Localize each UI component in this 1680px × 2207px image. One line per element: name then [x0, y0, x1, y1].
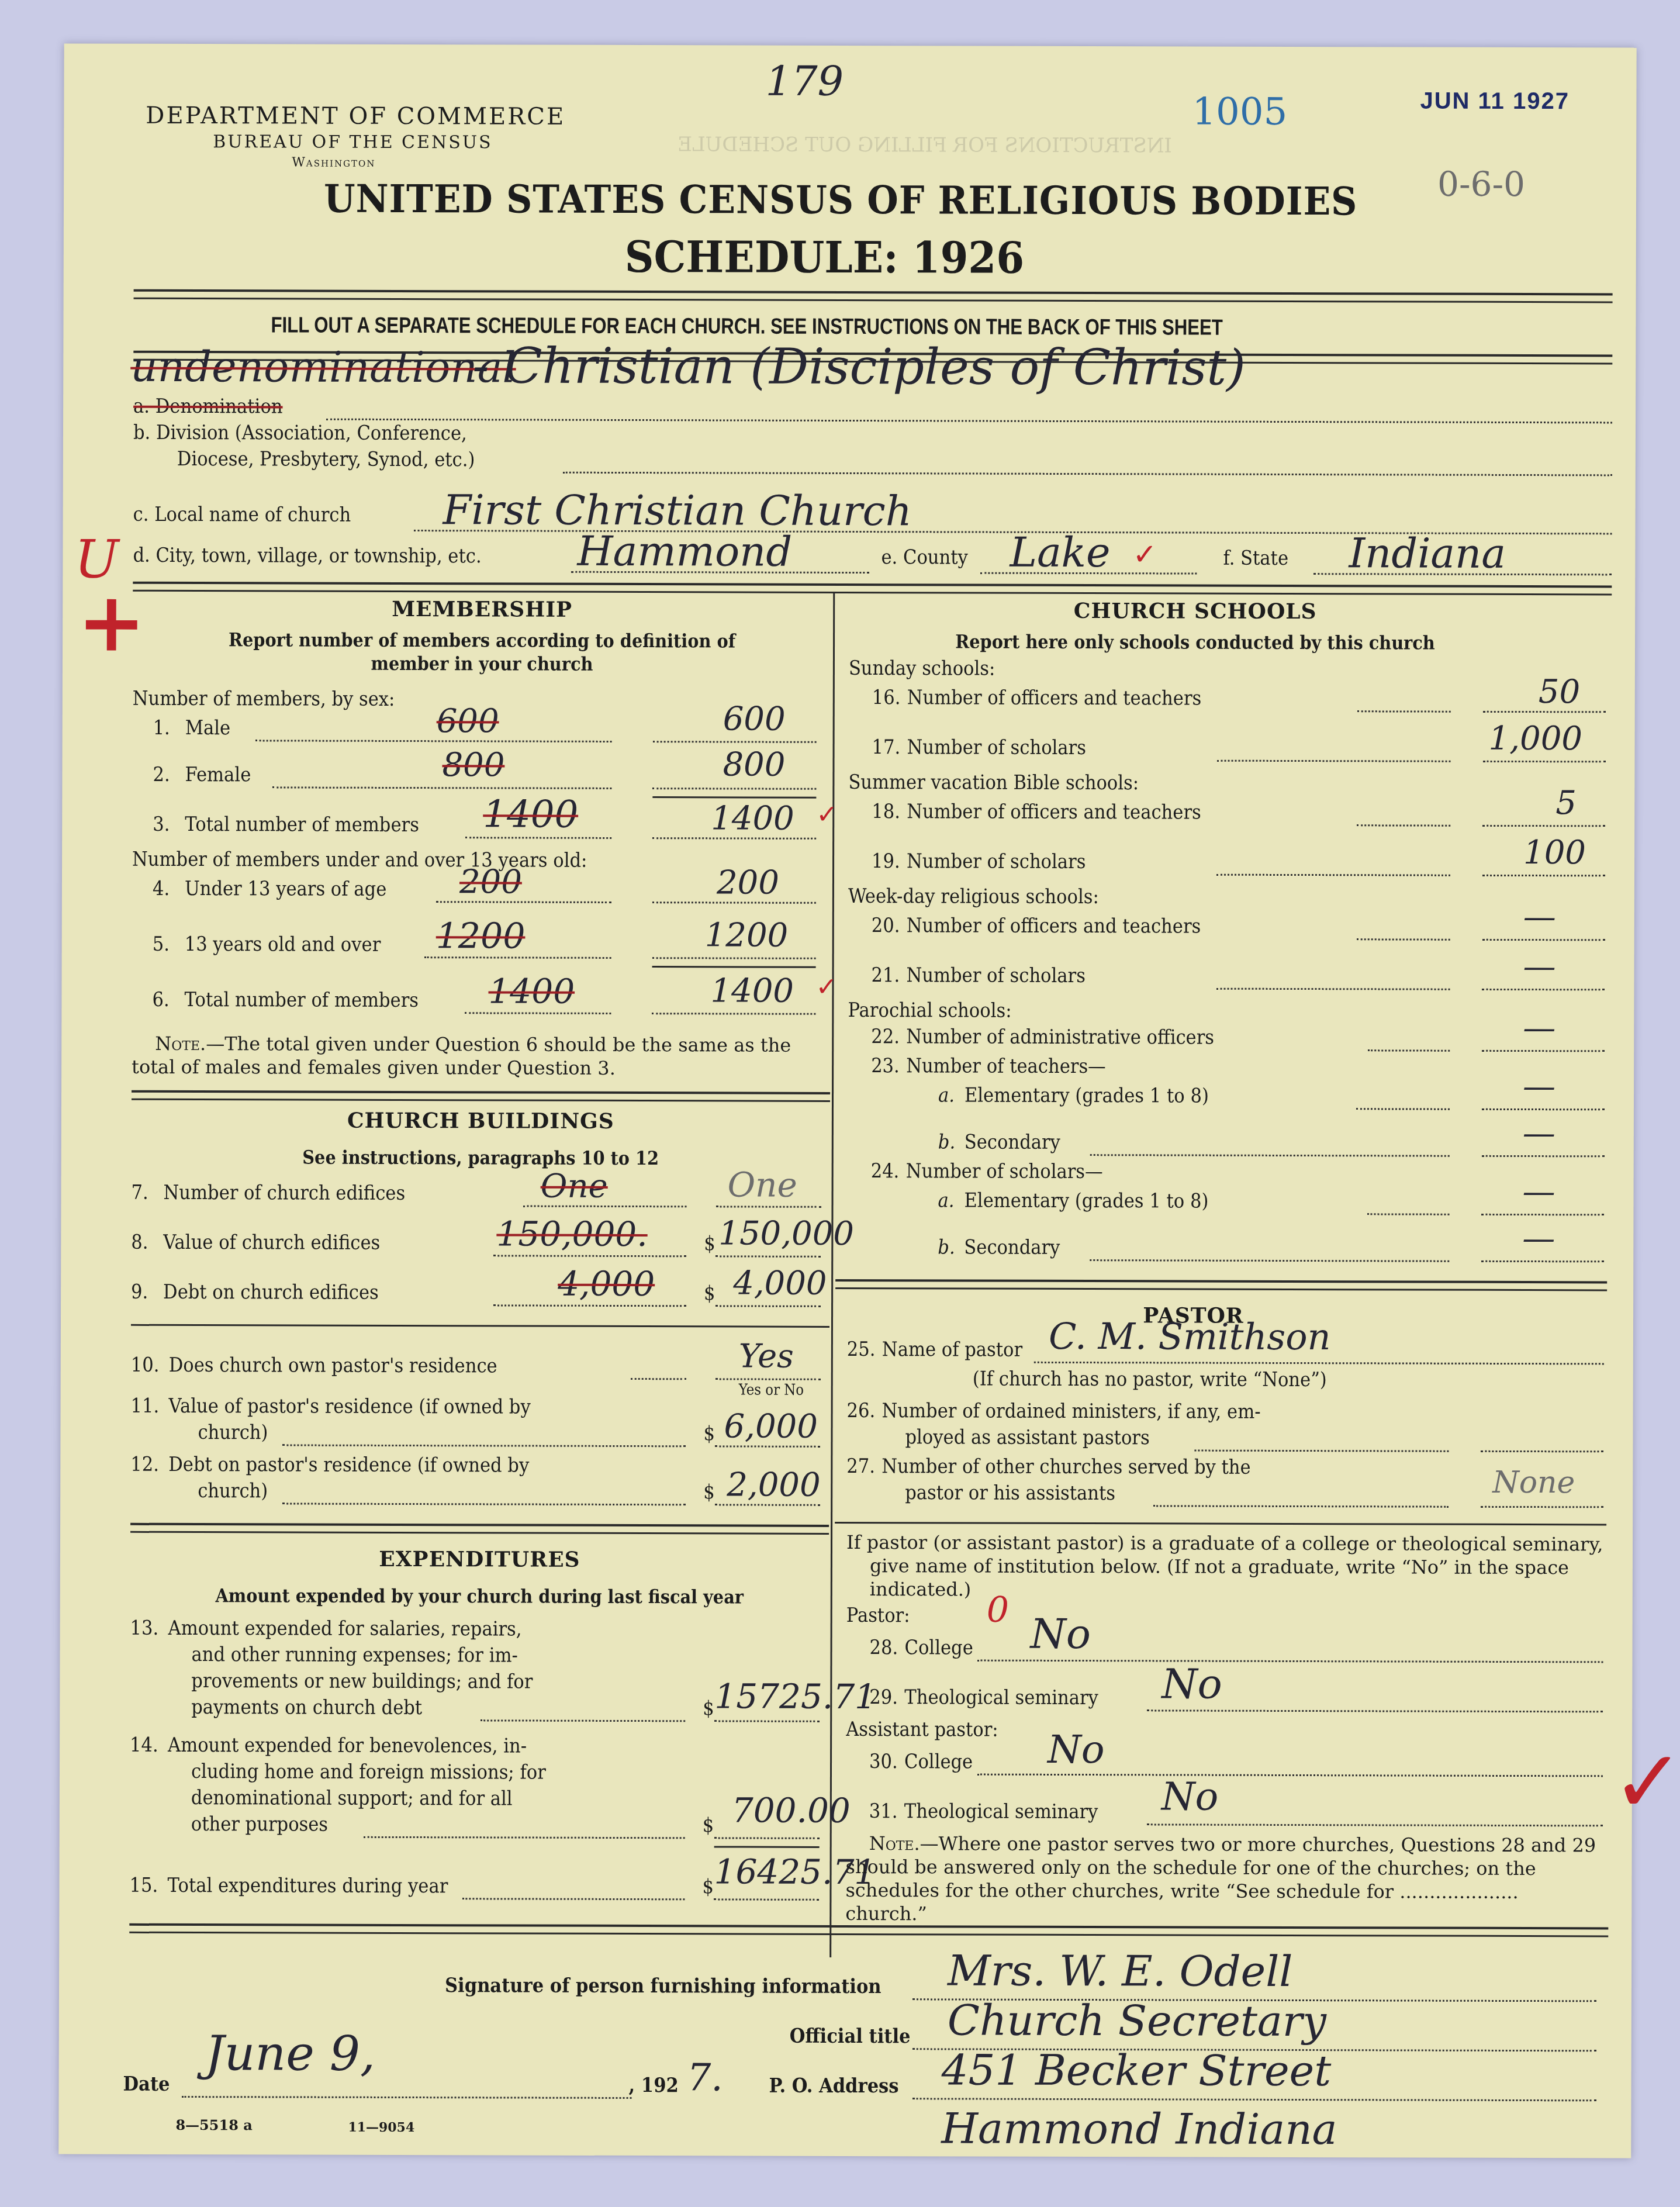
female-value[interactable]: 800: [723, 745, 785, 783]
state-value[interactable]: Indiana: [1349, 529, 1506, 578]
weekday-teachers-value[interactable]: —: [1523, 898, 1556, 936]
value-line: [1482, 939, 1605, 941]
under-13-value[interactable]: 200: [717, 864, 779, 902]
row-leader: [1194, 1450, 1449, 1452]
pastor-red-mark: 0: [987, 1590, 1009, 1631]
signature-label: Signature of person furnishing informati…: [445, 1974, 882, 1998]
total-members-label: Total number of members: [185, 813, 419, 837]
row-leader: [481, 1719, 685, 1722]
row-number: 22.: [871, 1025, 900, 1048]
edifice-debt-label: Debt on church edifices: [163, 1280, 379, 1304]
form-number: 8—5518 a: [175, 2116, 252, 2133]
q13-line-2: and other running expenses; for im-: [191, 1643, 517, 1667]
margin-mark-cross: +: [77, 582, 146, 664]
graduate-instructions: If pastor (or assistant pastor) is a gra…: [846, 1531, 1624, 1602]
expenditures-title: EXPENDITURES: [130, 1546, 829, 1573]
row-leader: [1090, 1154, 1450, 1157]
value-line: [714, 1837, 820, 1839]
assistant-seminary-value[interactable]: No: [1162, 1774, 1219, 1819]
stamp-number: 1005: [1192, 91, 1287, 134]
row-leader: [1357, 710, 1451, 712]
pastor-seminary-label: Theological seminary: [904, 1686, 1098, 1709]
check-mark: ✓: [815, 972, 837, 1002]
county-value[interactable]: Lake: [1010, 529, 1110, 576]
residence-row-debt: 12. Debt on pastor's residence (if owned…: [64, 43, 1637, 47]
value-line: [1482, 1155, 1605, 1158]
membership-rule: [132, 1090, 830, 1102]
row-number: 15.: [129, 1874, 158, 1897]
value-line: [715, 1378, 821, 1380]
assistant-college-line: [977, 1774, 1603, 1777]
q24-number: 24.: [871, 1159, 900, 1183]
schools-row-23a: a. Elementary (grades 1 to 8) —: [64, 43, 1637, 47]
edifice-debt-struck: 4,000: [558, 1264, 655, 1304]
value-line: [714, 1720, 820, 1722]
scholars-secondary-value[interactable]: —: [1522, 1220, 1555, 1258]
row-leader: [1356, 1108, 1450, 1110]
row-leader: [1216, 874, 1450, 876]
large-check-mark: ✓: [1612, 1731, 1680, 1833]
date-label: Date: [123, 2073, 170, 2096]
sunday-scholars-label: Number of scholars: [907, 735, 1086, 759]
note-text: —The total given under Question 6 should…: [132, 1032, 791, 1079]
pastor-college-value[interactable]: No: [1031, 1610, 1091, 1658]
pastor-name-value[interactable]: C. M. Smithson: [1049, 1315, 1331, 1358]
value-line: [652, 788, 816, 790]
row-leader: [1357, 824, 1450, 826]
edifice-debt-value[interactable]: 4,000: [733, 1264, 827, 1302]
pastor-note: Note.—Where one pastor serves two or mor…: [845, 1832, 1599, 1927]
residence-debt-label-2: church): [198, 1479, 268, 1503]
value-line: [1481, 1214, 1604, 1216]
residence-value-label-2: church): [198, 1421, 268, 1444]
schools-rule: [835, 1279, 1607, 1291]
residence-debt-value[interactable]: 2,000: [727, 1466, 820, 1504]
dollar-sign: $: [703, 1697, 714, 1720]
weekday-teachers-label: Number of officers and teachers: [907, 914, 1201, 938]
13-and-over-label: 13 years old and over: [185, 932, 381, 956]
dollar-sign: $: [703, 1480, 715, 1504]
q23-label: Number of teachers—: [906, 1054, 1106, 1078]
total-members-2-value[interactable]: 1400: [710, 972, 794, 1010]
membership-subtitle-1: Report number of members according to de…: [168, 628, 797, 652]
teachers-secondary-label: Secondary: [965, 1131, 1060, 1154]
city-label: d. City, town, village, or township, etc…: [133, 544, 481, 568]
pastor-name-hint: (If church has no pastor, write “None”): [973, 1367, 1327, 1392]
pastor-name-label: Name of pastor: [882, 1338, 1022, 1362]
residence-value-value[interactable]: 6,000: [724, 1407, 817, 1445]
row-number: 17.: [872, 735, 901, 759]
schools-row-23b: b. Secondary —: [64, 43, 1637, 47]
row-letter: b.: [938, 1235, 955, 1259]
edifices-struck-value: One: [541, 1168, 608, 1206]
male-struck-value: 600: [437, 702, 499, 740]
po-address-line2[interactable]: Hammond Indiana: [941, 2104, 1337, 2154]
membership-row-under-13: 4. Under 13 years of age 200 200: [64, 43, 1637, 47]
schools-row-22: 22. Number of administrative officers —: [64, 43, 1637, 47]
po-address-line: [912, 2098, 1596, 2101]
pastor-row-26: 26. Number of ordained ministers, if any…: [64, 43, 1637, 47]
membership-note: Note.—The total given under Question 6 s…: [132, 1032, 827, 1080]
total-members-value[interactable]: 1400: [711, 799, 794, 837]
assistant-seminary-line: [1147, 1823, 1603, 1826]
row-leader: [282, 1444, 686, 1447]
check-mark: ✓: [816, 800, 838, 830]
fill-out-instruction: FILL OUT A SEPARATE SCHEDULE FOR EACH CH…: [271, 313, 1223, 340]
sunday-scholars-value[interactable]: 1,000: [1489, 720, 1582, 758]
schools-row-21: 21. Number of scholars —: [64, 43, 1637, 47]
denomination-label: a. Denomination: [133, 395, 283, 419]
date-stamp: JUN 11 1927: [1420, 88, 1570, 115]
pastor-row-27: 27. Number of other churches served by t…: [64, 43, 1637, 47]
print-number: 11—9054: [348, 2120, 414, 2135]
row-leader: [255, 740, 612, 742]
buildings-row-edifices: 7. Number of church edifices One One: [64, 43, 1637, 47]
note-lead: Note.: [869, 1832, 920, 1854]
q14-value[interactable]: 700.00: [732, 1790, 851, 1830]
row-number: 7.: [132, 1181, 148, 1204]
row-number: 30.: [869, 1750, 898, 1773]
row-leader: [272, 786, 611, 789]
expenditure-q15: 15. Total expenditures during year $ 164…: [64, 43, 1637, 47]
division-label-line1: b. Division (Association, Conference,: [133, 421, 467, 445]
date-value[interactable]: June 9,: [205, 2026, 376, 2082]
total-members-struck-value: 1400: [483, 793, 578, 836]
city-value[interactable]: Hammond: [577, 527, 792, 576]
row-leader: [436, 901, 611, 903]
value-line: [653, 741, 817, 743]
13-and-over-struck-value: 1200: [436, 916, 526, 956]
expenditures-subtitle: Amount expended by your church during la…: [165, 1584, 794, 1608]
sum-underline: [652, 966, 816, 968]
row-leader: [364, 1836, 685, 1839]
expenditure-q13: 13. Amount expended for salaries, repair…: [64, 43, 1637, 47]
residence-value-label: Value of pastor's residence (if owned by: [169, 1394, 531, 1419]
value-line: [1481, 1506, 1603, 1508]
signature-value[interactable]: Mrs. W. E. Odell: [948, 1946, 1292, 1996]
schools-row-18: 18. Number of officers and teachers 5: [64, 43, 1637, 47]
row-number: 25.: [847, 1338, 876, 1361]
row-leader: [493, 1304, 686, 1307]
row-number: 20.: [872, 914, 900, 937]
pastor-row-28: 28. College No: [64, 43, 1637, 47]
summer-schools-heading: Summer vacation Bible schools:: [848, 771, 1139, 795]
other-churches-value[interactable]: None: [1492, 1465, 1575, 1500]
value-line: [1482, 1050, 1605, 1052]
department-name: DEPARTMENT OF COMMERCE: [146, 102, 565, 130]
summer-teachers-value[interactable]: 5: [1555, 784, 1577, 822]
scholars-elementary-value[interactable]: —: [1523, 1173, 1555, 1211]
row-leader: [1368, 1049, 1450, 1051]
residence-row-owned: 10. Does church own pastor's residence Y…: [64, 43, 1637, 47]
value-line[interactable]: [1481, 1450, 1603, 1453]
q13-line-3: provements or new buildings; and for: [191, 1669, 533, 1694]
edifice-value-label: Value of church edifices: [163, 1231, 380, 1255]
row-number: 14.: [130, 1733, 158, 1757]
row-leader: [282, 1503, 686, 1505]
edifices-value[interactable]: One: [728, 1165, 797, 1204]
row-number: 31.: [869, 1800, 898, 1823]
membership-row-male: 1. Male 600 600: [64, 43, 1637, 47]
value-line: [652, 1013, 815, 1015]
buildings-rule: [130, 1523, 829, 1535]
assistant-ministers-label: Number of ordained ministers, if any, em…: [882, 1399, 1261, 1424]
row-leader: [465, 837, 611, 839]
q14-line-1: Amount expended for benevolences, in-: [168, 1733, 527, 1758]
row-leader: [424, 956, 611, 959]
row-number: 27.: [846, 1455, 875, 1478]
row-number: 6.: [152, 988, 169, 1011]
assistant-pastor-heading: Assistant pastor:: [846, 1718, 998, 1742]
denomination-value[interactable]: - Christian (Disciples of Christ): [472, 337, 1246, 396]
value-line: [715, 1445, 820, 1447]
membership-title: MEMBERSHIP: [133, 596, 831, 623]
teachers-elementary-label: Elementary (grades 1 to 8): [965, 1084, 1209, 1108]
value-line: [1483, 761, 1606, 763]
row-number: 9.: [131, 1280, 148, 1304]
schools-row-24b: b. Secondary —: [64, 43, 1637, 47]
value-line: [1483, 711, 1606, 713]
male-label: Male: [185, 716, 231, 740]
row-leader: [1357, 938, 1450, 940]
county-check-mark: ✓: [1132, 537, 1157, 571]
row-number: 4.: [153, 877, 170, 900]
po-address-line1[interactable]: 451 Becker Street: [942, 2045, 1332, 2095]
sunday-teachers-value[interactable]: 50: [1539, 673, 1580, 711]
q14-line-3: denominational support; and for all: [191, 1786, 513, 1810]
admin-officers-label: Number of administrative officers: [906, 1025, 1214, 1049]
pastor-row-31: 31. Theological seminary No: [64, 43, 1637, 47]
official-title-value[interactable]: Church Secretary: [948, 1995, 1326, 2046]
pastor-row-29: 29. Theological seminary No: [64, 43, 1637, 47]
summer-teachers-label: Number of officers and teachers: [907, 800, 1201, 824]
value-line: [714, 1898, 819, 1900]
local-name-label: c. Local name of church: [133, 503, 351, 527]
bleed-through-text: INSTRUCTIONS FOR FILLING OUT SCHEDULE: [677, 133, 1172, 157]
row-leader: [631, 1378, 686, 1380]
year-suffix[interactable]: 7.: [687, 2056, 723, 2099]
residence-debt-label: Debt on pastor's residence (if owned by: [168, 1453, 529, 1477]
row-leader: [1153, 1505, 1449, 1507]
row-leader: [1367, 1213, 1449, 1215]
scholars-secondary-label: Secondary: [964, 1236, 1060, 1259]
assistant-ministers-label-2: ployed as assistant pastors: [905, 1425, 1149, 1449]
q13-value[interactable]: 15725.71: [714, 1676, 876, 1716]
owns-residence-value[interactable]: Yes: [739, 1338, 794, 1376]
female-struck-value: 800: [442, 746, 504, 784]
corner-code: 0-6-0: [1437, 164, 1525, 204]
parochial-schools-heading: Parochial schools:: [848, 999, 1011, 1023]
teachers-elementary-value[interactable]: —: [1523, 1068, 1555, 1106]
row-number: 10.: [131, 1353, 160, 1377]
teachers-secondary-value[interactable]: —: [1523, 1114, 1555, 1152]
q14-line-2: cluding home and foreign missions; for: [191, 1760, 546, 1784]
row-number: 18.: [872, 800, 900, 823]
row-number: 13.: [130, 1617, 159, 1640]
total-members-2-label: Total number of members: [184, 988, 419, 1012]
value-line: [1481, 1260, 1604, 1263]
schools-row-20: 20. Number of officers and teachers —: [64, 43, 1637, 47]
value-line: [1482, 989, 1605, 991]
q13-line-1: Amount expended for salaries, repairs,: [168, 1617, 522, 1641]
edifices-label: Number of church edifices: [164, 1181, 406, 1205]
row-letter: a.: [938, 1189, 955, 1212]
membership-row-total-2: 6. Total number of members 1400 1400 ✓: [64, 43, 1637, 47]
row-leader: [465, 1012, 611, 1014]
admin-officers-value[interactable]: —: [1523, 1009, 1555, 1047]
value-line: [715, 1504, 820, 1505]
note-text: —Where one pastor serves two or more chu…: [845, 1832, 1596, 1925]
pastor-row-30: 30. College No: [64, 43, 1637, 47]
value-line: [1482, 825, 1605, 827]
sum-underline: [714, 1846, 820, 1847]
row-leader: [1217, 760, 1451, 762]
file-number-annotation: 179: [765, 57, 844, 105]
edifice-value-struck: 150,000.: [496, 1214, 647, 1254]
dollar-sign: $: [704, 1282, 715, 1305]
dollar-sign: $: [702, 1875, 714, 1898]
13-and-over-value[interactable]: 1200: [705, 916, 789, 954]
census-schedule-sheet: INSTRUCTIONS FOR FILLING OUT SCHEDULE DE…: [58, 43, 1636, 2158]
row-number: 3.: [153, 813, 170, 836]
dollar-sign: $: [703, 1422, 715, 1445]
schools-row-24a: a. Elementary (grades 1 to 8) —: [64, 43, 1637, 47]
under-13-struck-value: 200: [459, 863, 522, 901]
schools-row-17: 17. Number of scholars 1,000: [64, 43, 1637, 47]
row-number: 1.: [153, 716, 170, 740]
church-schools-title: CHURCH SCHOOLS: [843, 598, 1547, 624]
weekday-schools-heading: Week-day religious schools:: [848, 885, 1099, 909]
row-number: 11.: [131, 1394, 160, 1418]
pastor-college-label: College: [904, 1636, 973, 1659]
bureau-city: Washington: [292, 156, 375, 170]
pastor-name-line: [1034, 1362, 1604, 1365]
year-prefix: , 192: [629, 2074, 679, 2097]
state-label: f. State: [1223, 547, 1288, 570]
scholars-elementary-label: Elementary (grades 1 to 8): [965, 1189, 1209, 1213]
q13-line-4: payments on church debt: [191, 1695, 422, 1719]
q23-number: 23.: [871, 1054, 900, 1077]
yes-or-no-hint: Yes or No: [739, 1381, 804, 1399]
row-number: 21.: [872, 963, 900, 987]
row-number: 29.: [869, 1686, 898, 1709]
division-field[interactable]: [563, 472, 1612, 476]
pastor-seminary-value[interactable]: No: [1162, 1660, 1222, 1708]
dollar-sign: $: [704, 1232, 715, 1255]
row-leader: [523, 1206, 687, 1208]
membership-group-by-sex: Number of members, by sex:: [133, 687, 395, 711]
value-line: [715, 1255, 821, 1257]
membership-subtitle-2: member in your church: [168, 652, 797, 676]
denomination-struck-value: undenominational: [130, 342, 516, 392]
schools-row-16: 16. Number of officers and teachers 50: [64, 43, 1637, 47]
county-label: e. County: [881, 545, 968, 569]
edifice-value-value[interactable]: 150,000: [718, 1214, 854, 1253]
assistant-college-value[interactable]: No: [1048, 1727, 1105, 1772]
church-buildings-subtitle: See instructions, paragraphs 10 to 12: [166, 1146, 795, 1170]
header-rule: [134, 289, 1613, 303]
summer-scholars-label: Number of scholars: [907, 849, 1086, 873]
sunday-teachers-label: Number of officers and teachers: [907, 686, 1202, 710]
row-number: 28.: [869, 1636, 898, 1659]
note-lead: Note.: [155, 1032, 206, 1055]
assistant-college-label: College: [904, 1750, 973, 1773]
pastor-heading: Pastor:: [846, 1604, 910, 1627]
male-value[interactable]: 600: [723, 700, 786, 738]
weekday-scholars-label: Number of scholars: [907, 963, 1086, 987]
column-divider: [829, 592, 835, 1957]
other-churches-label: Number of other churches served by the: [882, 1455, 1250, 1479]
row-number: 19.: [872, 849, 900, 873]
row-number: 16.: [872, 686, 901, 709]
pastor-seminary-line: [1147, 1709, 1603, 1712]
female-label: Female: [185, 763, 251, 786]
membership-row-13-and-over: 5. 13 years old and over 1200 1200: [64, 43, 1637, 47]
denomination-field-line: [326, 419, 1612, 424]
bureau-name: BUREAU OF THE CENSUS: [213, 132, 492, 153]
church-schools-subtitle: Report here only schools conducted by th…: [878, 630, 1512, 654]
value-line: [715, 1305, 821, 1307]
value-line: [1482, 1108, 1605, 1111]
church-buildings-title: CHURCH BUILDINGS: [132, 1108, 830, 1134]
row-leader: [1216, 988, 1450, 990]
row-letter: a.: [938, 1083, 955, 1107]
row-number: 5.: [153, 932, 170, 956]
division-label-line2: Diocese, Presbytery, Synod, etc.): [177, 447, 475, 471]
date-line: [182, 2096, 632, 2099]
value-line: [652, 957, 816, 959]
value-line: [716, 1206, 821, 1207]
row-number: 2.: [153, 763, 170, 786]
row-letter: b.: [938, 1130, 955, 1153]
schools-row-19: 19. Number of scholars 100: [64, 43, 1637, 47]
official-title-label: Official title: [790, 2025, 911, 2049]
summer-scholars-value[interactable]: 100: [1523, 834, 1586, 872]
po-address-label: P. O. Address: [769, 2074, 899, 2098]
schedule-year: SCHEDULE: 1926: [625, 232, 1025, 284]
value-line: [652, 902, 816, 904]
weekday-scholars-value[interactable]: —: [1523, 948, 1556, 986]
value-line: [1482, 875, 1605, 877]
row-leader: [1090, 1259, 1449, 1262]
buildings-row-debt: 9. Debt on church edifices 4,000 $ 4,000: [64, 43, 1637, 47]
identification-rule: [133, 582, 1612, 596]
buildings-row-value: 8. Value of church edifices 150,000. $ 1…: [64, 43, 1637, 47]
residence-row-value: 11. Value of pastor's residence (if owne…: [64, 43, 1637, 47]
total-members-2-struck-value: 1400: [488, 971, 575, 1011]
under-13-label: Under 13 years of age: [185, 877, 386, 901]
row-number: 12.: [130, 1453, 159, 1476]
expenditure-q14: 14. Amount expended for benevolences, in…: [64, 43, 1637, 47]
dollar-sign: $: [703, 1814, 714, 1837]
row-number: 26.: [847, 1399, 876, 1422]
pastor-row-25: 25. Name of pastor C. M. Smithson (If ch…: [64, 43, 1637, 47]
row-number: 8.: [131, 1231, 148, 1254]
membership-row-female: 2. Female 800 800: [64, 43, 1637, 47]
total-expenditures-label: Total expenditures during year: [167, 1874, 448, 1898]
sunday-schools-heading: Sunday schools:: [849, 657, 995, 681]
membership-row-total: 3. Total number of members 1400 1400 ✓: [64, 43, 1637, 47]
pastor-college-line: [977, 1660, 1603, 1663]
assistant-seminary-label: Theological seminary: [904, 1800, 1098, 1823]
other-churches-label-2: pastor or his assistants: [905, 1481, 1115, 1505]
buildings-inner-rule: [131, 1324, 829, 1328]
q24-label: Number of scholars—: [906, 1159, 1103, 1183]
owns-residence-label: Does church own pastor's residence: [169, 1353, 497, 1377]
pastor-inner-rule: [835, 1522, 1606, 1525]
row-leader: [462, 1898, 685, 1900]
q14-line-4: other purposes: [191, 1812, 328, 1836]
